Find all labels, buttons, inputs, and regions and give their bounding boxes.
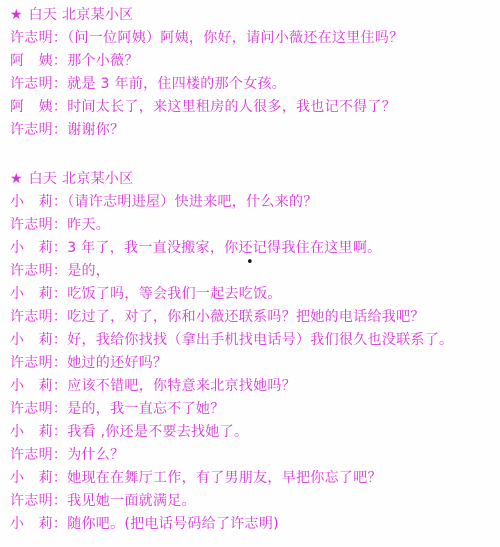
dialogue-line: 许志明：（问一位阿姨）阿姨，你好，请问小薇还在这里住吗？ <box>10 27 492 50</box>
dialogue-line: 许志明：昨天。 <box>10 214 492 237</box>
scene-2-heading-text: 白天 北京某小区 <box>29 171 134 187</box>
dialogue-line: 小 莉：（请许志明进屋）快进来吧，什么来的？ <box>10 191 492 214</box>
dialogue-line: 阿 姨：那个小薇？ <box>10 50 492 73</box>
dialogue-line: 许志明：吃过了，对了，你和小薇还联系吗？把她的电话给我吧？ <box>10 306 492 329</box>
stray-dot: • <box>246 256 254 269</box>
star-icon: ★ <box>10 4 23 27</box>
star-icon: ★ <box>10 168 23 191</box>
script-document: ★ 白天 北京某小区 许志明：（问一位阿姨）阿姨，你好，请问小薇还在这里住吗？ … <box>0 0 500 547</box>
scene-1-heading-text: 白天 北京某小区 <box>29 7 134 23</box>
dialogue-line: 小 莉：吃饭了吗，等会我们一起去吃饭。 <box>10 283 492 306</box>
dialogue-line: 小 莉：我看 ,你还是不要去找她了。 <box>10 421 492 444</box>
dialogue-line: 许志明：我见她一面就满足。 <box>10 490 492 513</box>
scene-2-heading: ★ 白天 北京某小区 <box>10 168 492 191</box>
dialogue-line: 小 莉：她现在在舞厅工作，有了男朋友，早把你忘了吧？ <box>10 467 492 490</box>
scene-1: ★ 白天 北京某小区 许志明：（问一位阿姨）阿姨，你好，请问小薇还在这里住吗？ … <box>10 4 492 142</box>
dialogue-line: 许志明：是的，我一直忘不了她？ <box>10 398 492 421</box>
dialogue-line: 小 莉：好，我给你找找（拿出手机找电话号）我们很久也没联系了。 <box>10 329 492 352</box>
dialogue-line: 小 莉：随你吧。(把电话号码给了许志明) <box>10 513 492 536</box>
scene-2: ★ 白天 北京某小区 小 莉：（请许志明进屋）快进来吧，什么来的？ 许志明：昨天… <box>10 168 492 536</box>
dialogue-line: 许志明：谢谢你？ <box>10 119 492 142</box>
dialogue-line: 许志明：就是 3 年前，住四楼的那个女孩。 <box>10 73 492 96</box>
dialogue-line: 许志明：她过的还好吗？ <box>10 352 492 375</box>
scene-1-heading: ★ 白天 北京某小区 <box>10 4 492 27</box>
dialogue-line: 小 莉：应该不错吧，你特意来北京找她吗？ <box>10 375 492 398</box>
dialogue-line: 阿 姨：时间太长了，来这里租房的人很多，我也记不得了？ <box>10 96 492 119</box>
dialogue-line: 许志明：为什么？ <box>10 444 492 467</box>
